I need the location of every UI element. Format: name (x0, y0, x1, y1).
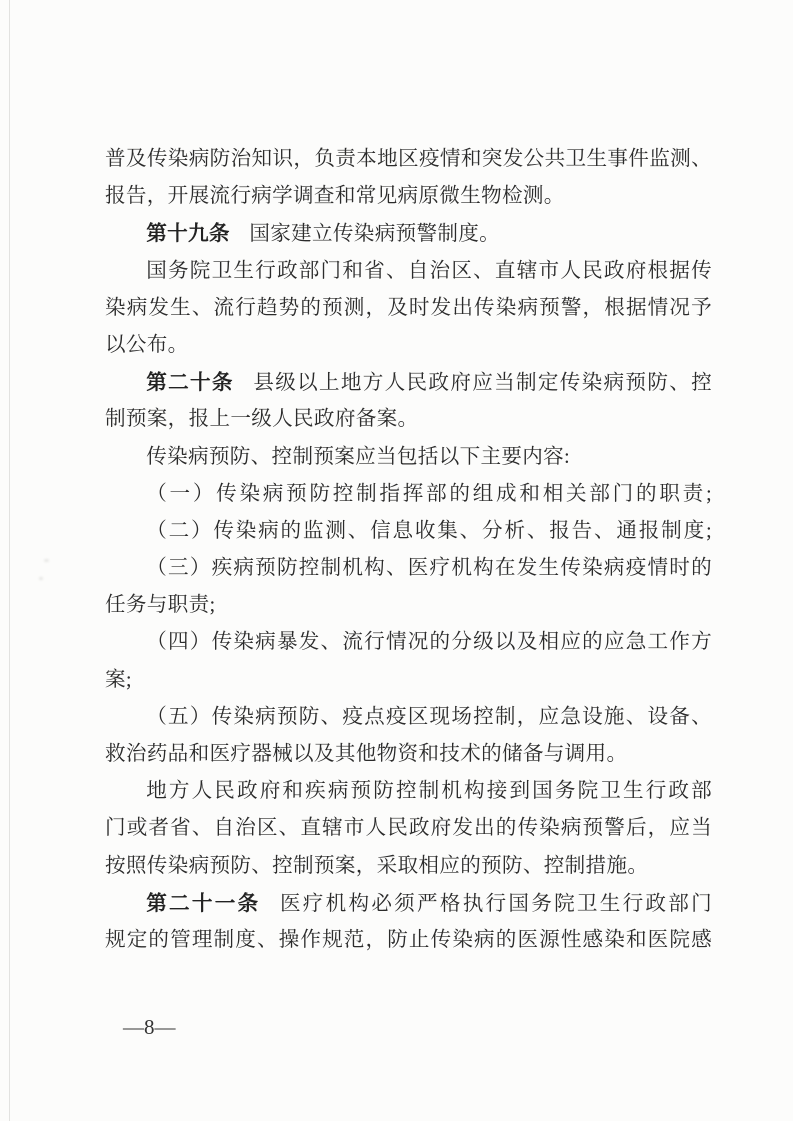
text-line: 按照传染病预防、控制预案，采取相应的预防、控制措施。 (105, 848, 712, 885)
document-page: 普及传染病防治知识，负责本地区疫情和突发公共卫生事件监测、报告，开展流行病学调查… (0, 0, 793, 1121)
text-line: 任务与职责; (105, 587, 712, 624)
text-line: 普及传染病防治知识，负责本地区疫情和突发公共卫生事件监测、 (105, 141, 712, 178)
text-line: 传染病预防、控制预案应当包括以下主要内容: (105, 439, 712, 476)
text-line: 染病发生、流行趋势的预测，及时发出传染病预警，根据情况予 (105, 290, 712, 327)
article-text: 县级以上地方人民政府应当制定传染病预防、控 (253, 372, 712, 394)
article-number: 第二十条 (146, 371, 234, 394)
text-line: 制预案，报上一级人民政府备案。 (105, 401, 712, 438)
text-line: 国务院卫生行政部门和省、自治区、直辖市人民政府根据传 (105, 253, 712, 290)
text-line: 第十九条国家建立传染病预警制度。 (105, 215, 712, 252)
text-line: （五）传染病预防、疫点疫区现场控制，应急设施、设备、 (105, 699, 712, 736)
article-text: 国家建立传染病预警制度。 (249, 223, 500, 245)
document-body-text: 普及传染病防治知识，负责本地区疫情和突发公共卫生事件监测、报告，开展流行病学调查… (105, 141, 712, 959)
article-text: 医疗机构必须严格执行国务院卫生行政部门 (280, 893, 712, 915)
text-line: 案; (105, 662, 712, 699)
text-line: 第二十一条医疗机构必须严格执行国务院卫生行政部门 (105, 885, 712, 922)
article-number: 第十九条 (146, 222, 230, 245)
scan-artifact-vertical-line (9, 0, 10, 1121)
text-line: （三）疾病预防控制机构、医疗机构在发生传染病疫情时的 (105, 550, 712, 587)
text-line: 以公布。 (105, 327, 712, 364)
text-line: 地方人民政府和疾病预防控制机构接到国务院卫生行政部 (105, 773, 712, 810)
text-line: （一）传染病预防控制指挥部的组成和相关部门的职责; (105, 476, 712, 513)
text-line: 规定的管理制度、操作规范，防止传染病的医源性感染和医院感 (105, 922, 712, 959)
article-number: 第二十一条 (146, 892, 260, 915)
text-line: 门或者省、自治区、直辖市人民政府发出的传染病预警后，应当 (105, 810, 712, 847)
scan-smudge (39, 577, 43, 580)
text-line: 第二十条县级以上地方人民政府应当制定传染病预防、控 (105, 364, 712, 401)
text-line: 报告，开展流行病学调查和常见病原微生物检测。 (105, 178, 712, 215)
text-line: 救治药品和医疗器械以及其他物资和技术的储备与调用。 (105, 736, 712, 773)
scan-smudge (44, 559, 49, 562)
text-line: （二）传染病的监测、信息收集、分析、报告、通报制度; (105, 513, 712, 550)
text-line: （四）传染病暴发、流行情况的分级以及相应的应急工作方 (105, 624, 712, 661)
page-number: —8— (123, 1011, 176, 1043)
